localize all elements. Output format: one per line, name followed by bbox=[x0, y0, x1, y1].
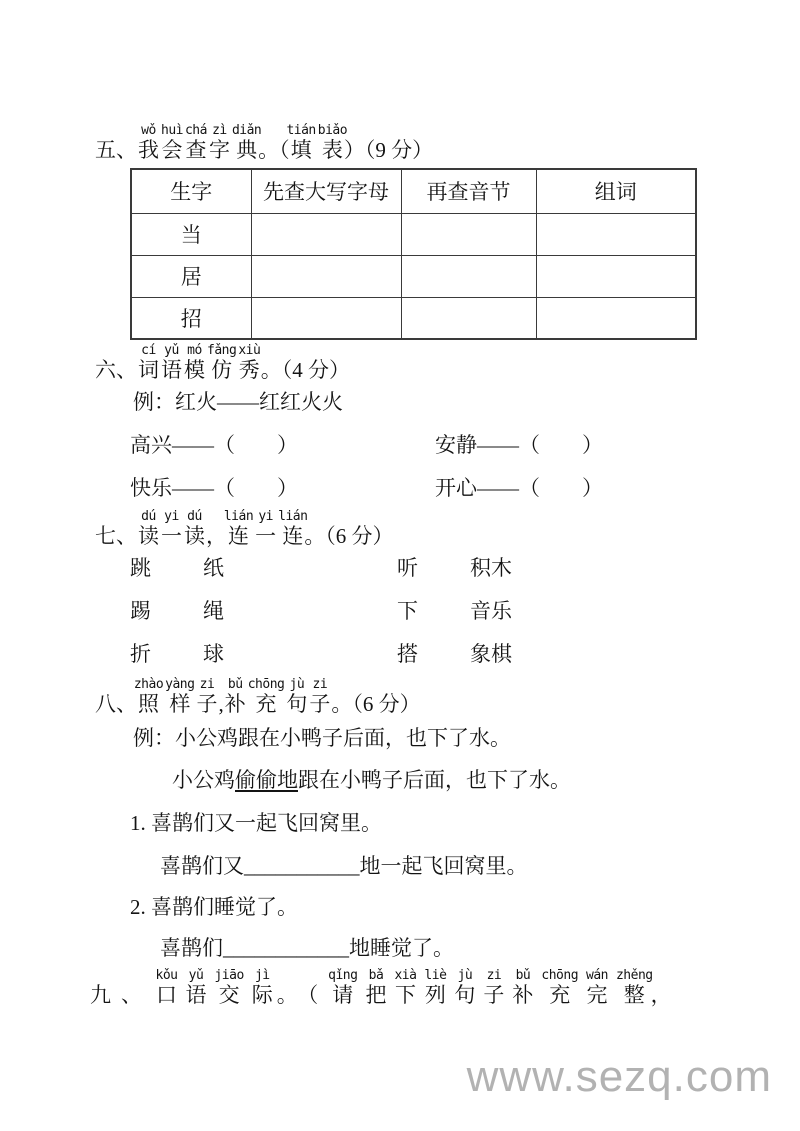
table-row: 招 bbox=[131, 297, 696, 339]
table-cell-empty bbox=[251, 213, 401, 255]
match-verb-left: 踢 bbox=[130, 600, 151, 623]
table-cell-empty bbox=[401, 255, 536, 297]
table-cell-char: 当 bbox=[131, 213, 251, 255]
table-header-char: 生字 bbox=[131, 169, 251, 213]
match-object-left: 球 bbox=[203, 643, 224, 666]
table-header-row: 生字 先查大写字母 再查音节 组词 bbox=[131, 169, 696, 213]
table-cell-empty bbox=[251, 297, 401, 339]
table-cell-empty bbox=[401, 297, 536, 339]
section-eight-example2: 小公鸡偷偷地跟在小鸭子后面，也下了水。 bbox=[172, 769, 571, 792]
table-header-syllable: 再查音节 bbox=[401, 169, 536, 213]
match-verb-left: 跳 bbox=[130, 557, 151, 580]
exercise-sentence: 2. 喜鹊们睡觉了。 bbox=[130, 896, 298, 919]
word-pair: 快乐——（ ） bbox=[130, 477, 298, 500]
match-object-left: 绳 bbox=[203, 600, 224, 623]
match-object-left: 纸 bbox=[203, 557, 224, 580]
section-eight-example1: 例：小公鸡跟在小鸭子后面，也下了水。 bbox=[133, 727, 511, 750]
table-header-word: 组词 bbox=[536, 169, 696, 213]
word-pair: 安静——（ ） bbox=[435, 434, 603, 457]
section-nine-heading: 九、口kǒu语yǔ交jiāo际jì。（请qǐng把bǎ下xià列liè句jù子z… bbox=[90, 969, 682, 1006]
exercise-sentence: 1. 喜鹊们又一起飞回窝里。 bbox=[130, 812, 382, 835]
table-row: 当 bbox=[131, 213, 696, 255]
table-header-capital: 先查大写字母 bbox=[251, 169, 401, 213]
section-five-heading: 五、我wǒ会huì查chá字zì典diǎn。（填tián表biǎo）（9 分） bbox=[95, 124, 433, 161]
match-verb-left: 折 bbox=[130, 643, 151, 666]
section-six-example: 例：红火——红红火火 bbox=[133, 391, 343, 414]
match-object-right: 象棋 bbox=[470, 643, 512, 666]
exercise-fill-line: 喜鹊们____________地睡觉了。 bbox=[160, 937, 454, 960]
match-object-right: 积木 bbox=[470, 557, 512, 580]
table-cell-char: 招 bbox=[131, 297, 251, 339]
exercise-fill-line: 喜鹊们又___________地一起飞回窝里。 bbox=[160, 855, 528, 878]
table-cell-empty bbox=[536, 297, 696, 339]
section-seven-heading: 七、读dú一yi读dú，连lián一yi连lián。（6 分） bbox=[95, 510, 394, 547]
table-cell-empty bbox=[536, 255, 696, 297]
match-verb-right: 听 bbox=[397, 557, 418, 580]
word-pair: 高兴——（ ） bbox=[130, 434, 298, 457]
table-cell-char: 居 bbox=[131, 255, 251, 297]
match-verb-right: 下 bbox=[397, 600, 418, 623]
match-verb-right: 搭 bbox=[397, 643, 418, 666]
word-pair: 开心——（ ） bbox=[435, 477, 603, 500]
section-eight-heading: 八、照zhào样yàng子zi,补bǔ充chōng句jù子zi。（6 分） bbox=[95, 678, 421, 715]
table-cell-empty bbox=[401, 213, 536, 255]
table-cell-empty bbox=[251, 255, 401, 297]
match-object-right: 音乐 bbox=[470, 600, 512, 623]
table-cell-empty bbox=[536, 213, 696, 255]
worksheet-page: 五、我wǒ会huì查chá字zì典diǎn。（填tián表biǎo）（9 分） … bbox=[0, 0, 800, 1131]
dictionary-lookup-table: 生字 先查大写字母 再查音节 组词 当 居 招 bbox=[130, 168, 697, 340]
table-row: 居 bbox=[131, 255, 696, 297]
watermark: www.sezq.com bbox=[467, 1052, 772, 1102]
section-six-heading: 六、词cí语yǔ模mó仿fǎng秀xiù。（4 分） bbox=[95, 344, 350, 381]
